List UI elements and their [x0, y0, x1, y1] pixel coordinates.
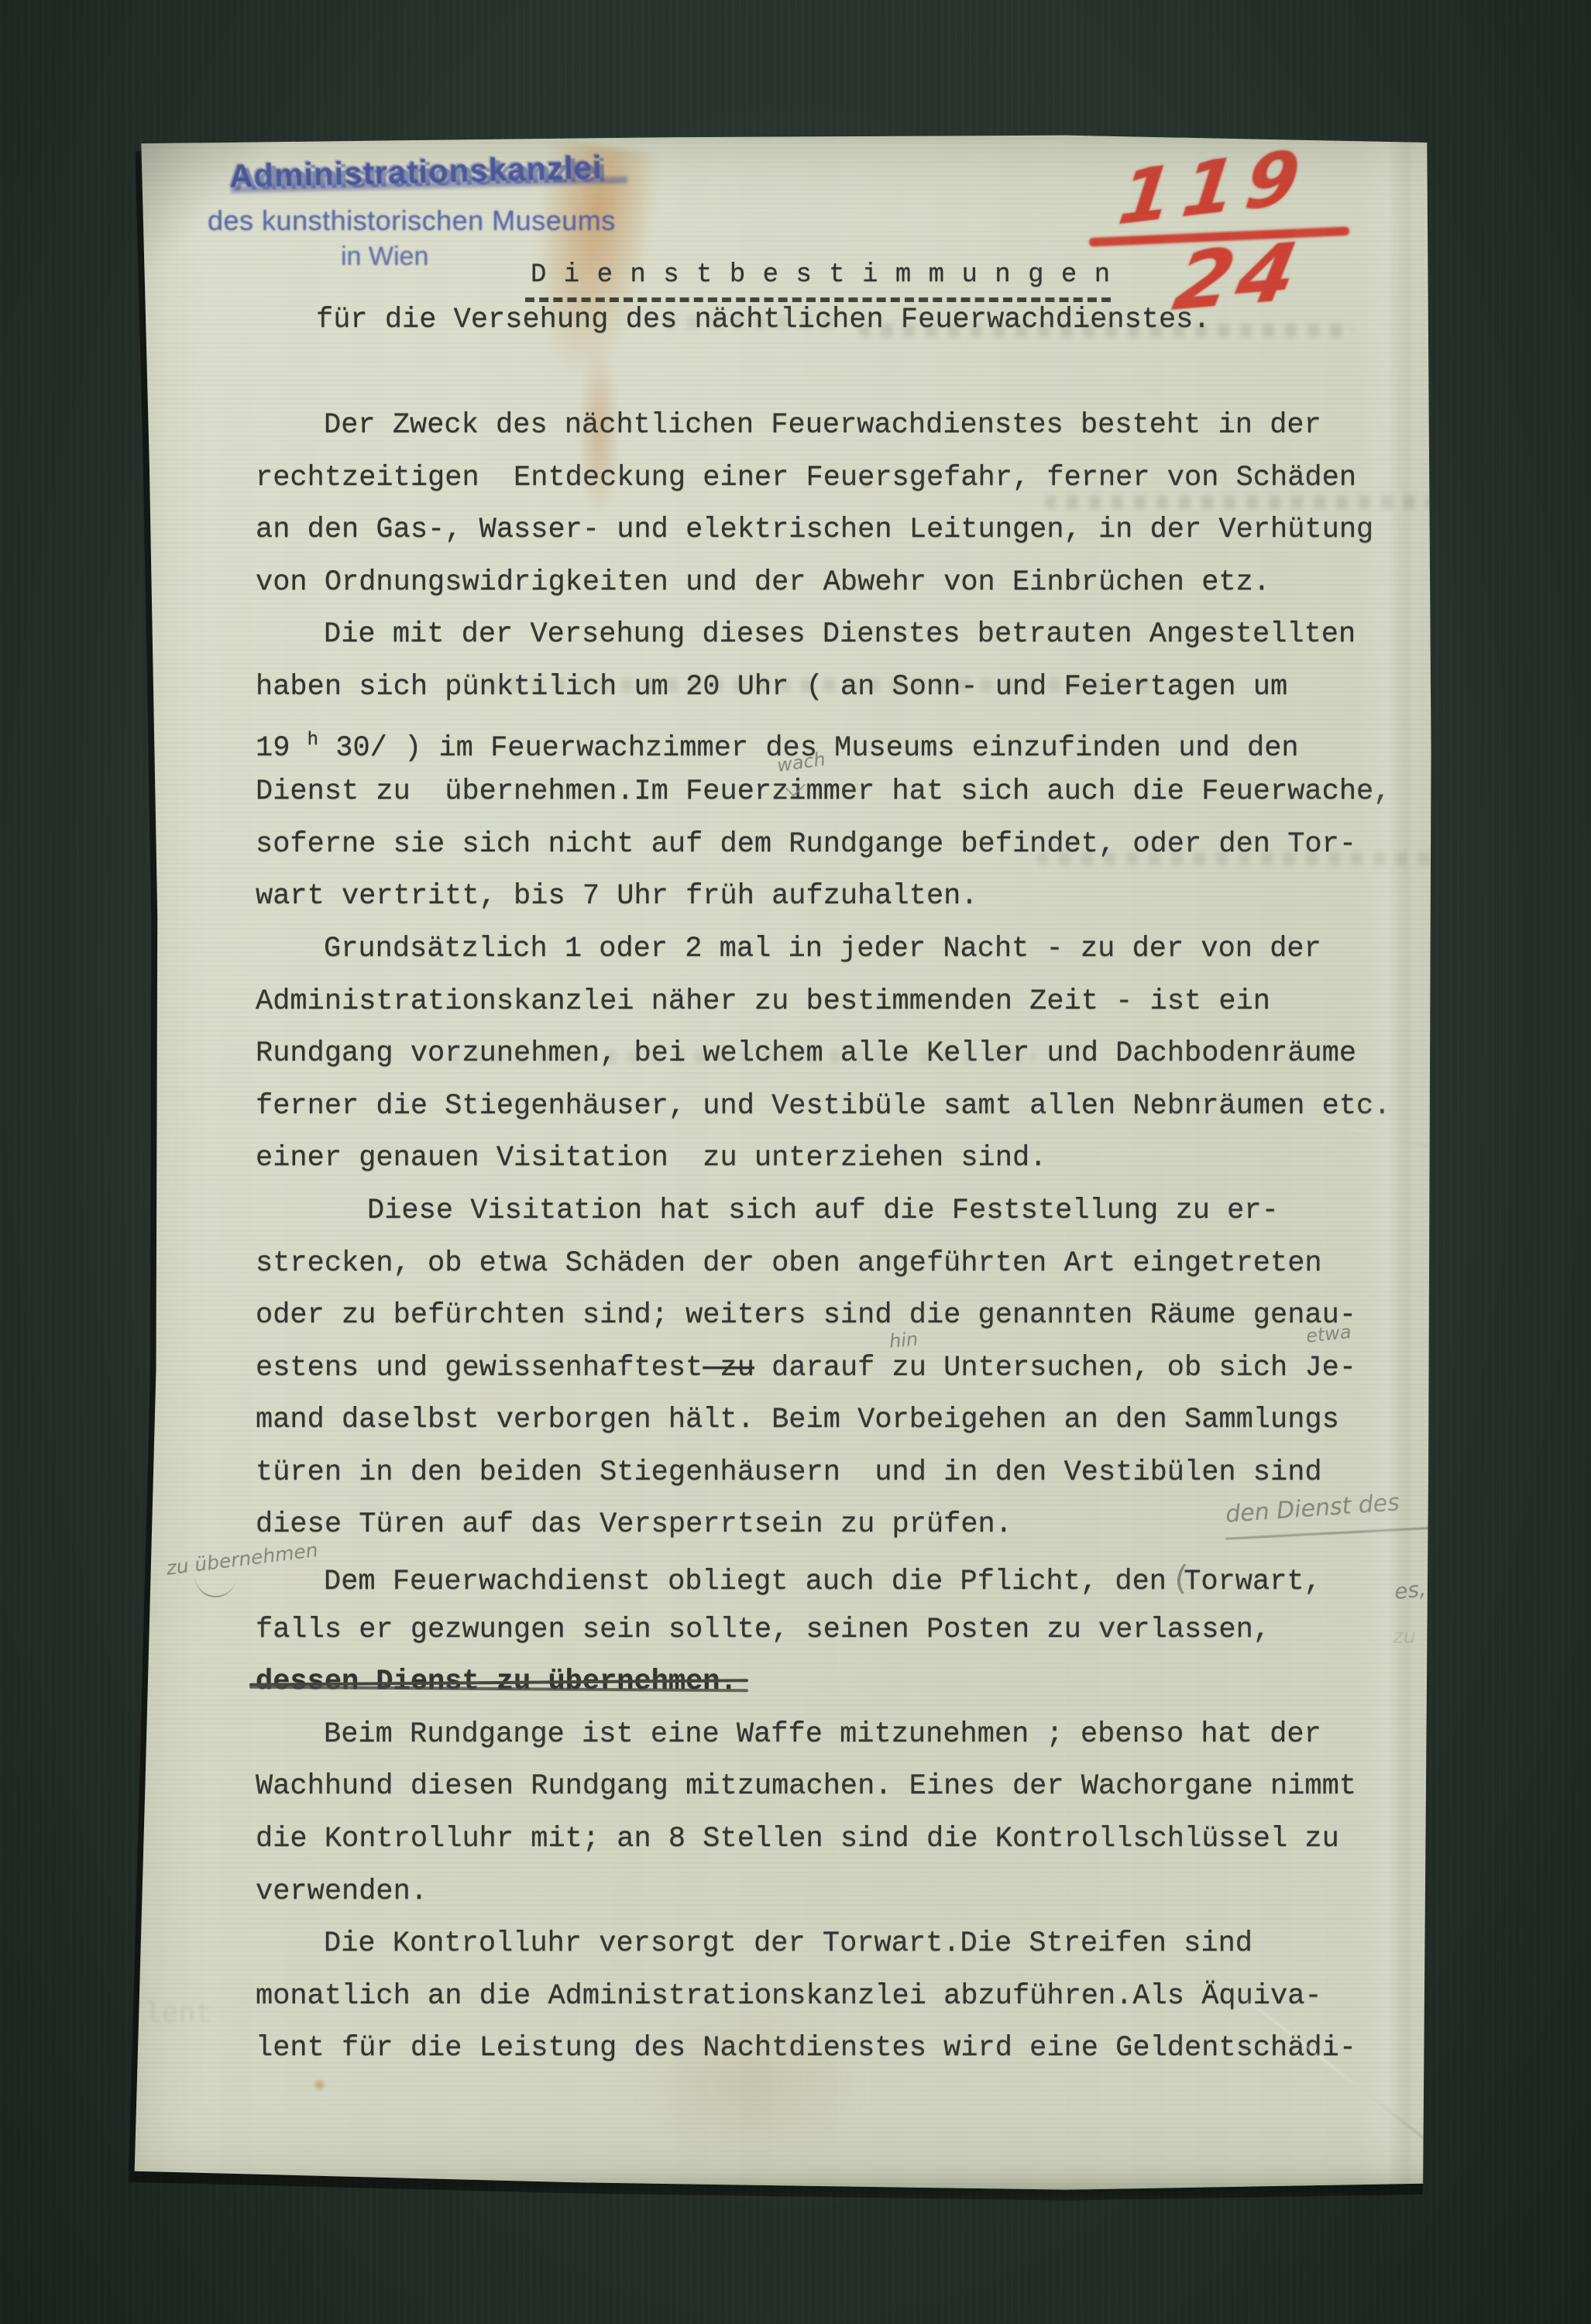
strikethrough-zu: zu	[703, 1352, 754, 1384]
typed-line: die Kontrolluhr mit; an 8 Stellen sind d…	[256, 1813, 1433, 1866]
foxing-spot	[313, 2079, 326, 2091]
typed-line: 19 h 30/ ) im Feuerwachzimmer des Museum…	[256, 714, 1433, 767]
typed-segment: Torwart,	[1184, 1566, 1321, 1598]
typed-line: wart vertritt, bis 7 Uhr früh aufzuhalte…	[256, 871, 1433, 923]
typed-line: an den Gas-, Wasser- und elektrischen Le…	[256, 504, 1433, 557]
typed-line: soferne sie sich nicht auf dem Rundgange…	[256, 819, 1433, 871]
doc-title: D i e n s t b e s t i m m u n g e n	[531, 260, 1111, 290]
typed-line: von Ordnungswidrigkeiten und der Abwehr …	[256, 557, 1433, 610]
typed-segment: darauf zu Untersuchen, ob sich Je-	[754, 1352, 1356, 1384]
typed-line: Dem Feuerwachdienst obliegt auch die Pfl…	[256, 1552, 1433, 1604]
pencil-faint-zu: zu	[1393, 1625, 1416, 1648]
typed-line: dessen Dienst zu übernehmen.	[256, 1656, 1433, 1709]
typed-line: Die mit der Versehung dieses Dienstes be…	[256, 609, 1433, 662]
typed-line: einer genauen Visitation zu unterziehen …	[256, 1133, 1433, 1185]
typed-line: monatlich an die Administrationskanzlei …	[256, 1971, 1433, 2023]
typed-line: Dienst zu übernehmen.Im Feuerzimmer hat …	[256, 766, 1433, 819]
insert-caret-arc	[193, 1573, 237, 1599]
typed-line: lent für die Leistung des Nachtdienstes …	[256, 2023, 1433, 2075]
typed-line: falls er gezwungen sein sollte, seinen P…	[256, 1604, 1433, 1657]
typed-line: Rundgang vorzunehmen, bei welchem alle K…	[256, 1028, 1433, 1081]
pencil-annotation-torwartes: es,	[1393, 1576, 1427, 1604]
superscript-hour: h	[308, 730, 318, 751]
title-underline	[525, 297, 1111, 302]
typed-line: estens und gewissenhaftest zu darauf zu …	[256, 1342, 1433, 1395]
typed-line: haben sich pünktilich um 20 Uhr ( an Son…	[256, 662, 1433, 714]
typed-line: Die Kontrolluhr versorgt der Torwart.Die…	[256, 1918, 1433, 1971]
typed-segment: estens und gewissenhaftest	[256, 1352, 703, 1384]
typed-line: Wachhund diesen Rundgang mitzumachen. Ei…	[256, 1761, 1433, 1813]
ghost-offset-word: lent	[144, 1999, 213, 2031]
typed-body: Der Zweck des nächtlichen Feuerwachdiens…	[256, 400, 1433, 2075]
typed-line: strecken, ob etwa Schäden der oben angef…	[256, 1238, 1433, 1291]
typed-line: rechtzeitigen Entdeckung einer Feuersgef…	[256, 452, 1433, 505]
typed-line: Diese Visitation hat sich auf die Festst…	[256, 1185, 1433, 1238]
doc-subtitle: für die Versehung des nächtlichen Feuerw…	[316, 304, 1211, 336]
stamp-line-2: des kunsthistorischen Museums	[208, 205, 616, 237]
typed-line: Grundsätzlich 1 oder 2 mal in jeder Nach…	[256, 923, 1433, 976]
typed-segment: 19	[256, 732, 308, 765]
stamp-line-3: in Wien	[341, 242, 428, 272]
typed-line: türen in den beiden Stiegenhäusern und i…	[256, 1447, 1433, 1500]
typed-line: Der Zweck des nächtlichen Feuerwachdiens…	[256, 400, 1433, 452]
typed-line: mand daselbst verborgen hält. Beim Vorbe…	[256, 1394, 1433, 1447]
typed-line: oder zu befürchten sind; weiters sind di…	[256, 1290, 1433, 1342]
typed-line: Beim Rundgange ist eine Waffe mitzunehme…	[256, 1709, 1433, 1762]
corner-shadow	[122, 133, 301, 265]
typed-segment: Dem Feuerwachdienst obliegt auch die Pfl…	[324, 1566, 1184, 1598]
typed-line: ferner die Stiegenhäuser, und Vestibüle …	[256, 1081, 1433, 1133]
typed-line: verwenden.	[256, 1866, 1433, 1919]
document-page: Administrationskanzlei des kunsthistoris…	[122, 133, 1470, 2194]
pencil-annotation-hin: hin	[888, 1328, 919, 1352]
struck-sentence: dessen Dienst zu übernehmen.	[256, 1656, 737, 1709]
typed-line: Administrationskanzlei näher zu bestimme…	[256, 976, 1433, 1029]
